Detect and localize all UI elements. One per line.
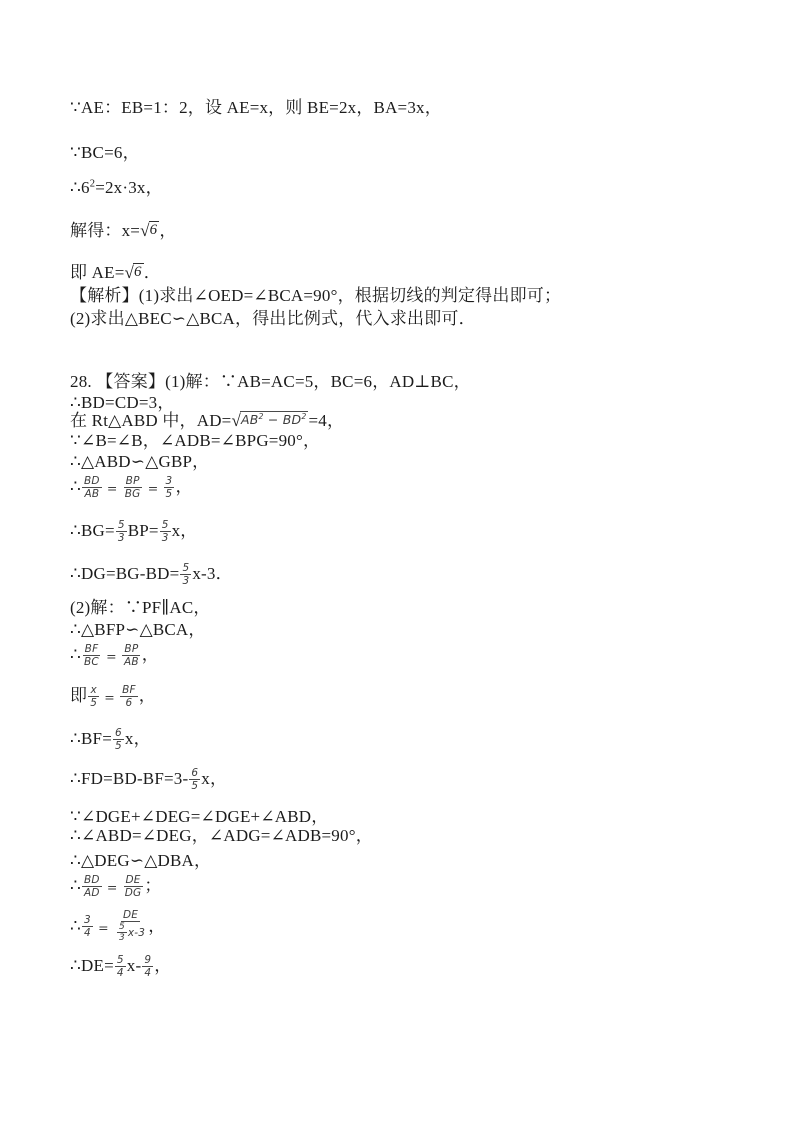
math-text-segment: = — [100, 690, 119, 705]
fraction-numerator: BF — [83, 643, 101, 656]
text-segment: ∴BF= — [70, 729, 112, 748]
line-fd: ∴FD=BD-BF=3-65x， — [70, 767, 227, 793]
fraction: 34 — [82, 914, 93, 939]
line-given-ratio: ∵AE：EB=1：2，设 AE=x，则 BE=2x，BA=3x， — [70, 96, 442, 119]
line-bc-6: ∵BC=6， — [70, 141, 140, 164]
fraction: 53 — [160, 519, 171, 544]
line-28-answer: 28. 【答案】(1)解：∵AB=AC=5，BC=6，AD⊥BC， — [70, 370, 471, 393]
text-segment: 即 — [70, 686, 87, 705]
fraction-denominator: AD — [82, 887, 102, 899]
math-text-segment: BD — [283, 412, 302, 427]
fraction: BDAD — [82, 874, 102, 899]
fraction-numerator: BP — [122, 643, 140, 656]
fraction-denominator: 4 — [115, 967, 126, 979]
fraction-numerator: 9 — [142, 954, 153, 967]
fraction: 35 — [164, 475, 175, 500]
text-segment: ∴△DEG∽△DBA， — [70, 851, 211, 870]
fraction-denominator: 3 — [117, 933, 127, 943]
square-root: √AB2 − BD2 — [231, 411, 308, 431]
fraction: 53 — [180, 562, 191, 587]
text-segment: ； — [144, 876, 161, 895]
text-segment: ， — [148, 916, 165, 935]
fraction-denominator: 4 — [142, 967, 153, 979]
text-segment: ∴DG=BG-BD= — [70, 564, 179, 583]
line-ratio-bf-bc: ∴BFBC = BPAB， — [70, 643, 159, 669]
text-segment: =2x·3x， — [95, 178, 163, 197]
fraction: DEDG — [123, 874, 144, 899]
math-text-segment: AB — [241, 412, 259, 427]
fraction-numerator: BP — [124, 475, 142, 488]
line-ji-x5: 即x5 = BF6， — [70, 684, 156, 710]
fraction-denominator: 4 — [82, 927, 93, 939]
text-segment: ∵AE：EB=1：2，设 AE=x，则 BE=2x，BA=3x， — [70, 98, 442, 117]
fraction-numerator: BF — [120, 684, 138, 697]
line-sim-abd-gbp: ∴△ABD∽△GBP， — [70, 450, 209, 473]
text-segment: ∴△ABD∽△GBP， — [70, 452, 209, 471]
line-solve-x: 解得：x=√6， — [70, 219, 177, 242]
line-angle-abd-deg: ∴∠ABD=∠DEG，∠ADG=∠ADB=90°， — [70, 824, 373, 847]
text-segment: (2)解：∵PF∥AC， — [70, 598, 211, 617]
fraction: 54 — [115, 954, 126, 979]
fraction-denominator: 5 — [189, 780, 200, 792]
text-segment: x- — [127, 956, 142, 975]
line-sim-bfp-bca: ∴△BFP∽△BCA， — [70, 618, 206, 641]
text-segment: ， — [159, 221, 176, 240]
fraction-denominator: AB — [82, 488, 101, 500]
text-segment: 在 Rt△ABD 中，AD= — [70, 411, 231, 430]
fraction-numerator: 6 — [113, 727, 124, 740]
text-segment: ∴ — [70, 477, 81, 496]
math-text-segment: − — [264, 412, 283, 427]
fraction: 65 — [113, 727, 124, 752]
text-segment: x， — [125, 729, 151, 748]
text-segment: ∴∠ABD=∠DEG，∠ADG=∠ADB=90°， — [70, 826, 373, 845]
radicand: 6 — [149, 221, 160, 240]
fraction-numerator: 5 — [180, 562, 191, 575]
fraction: DE53x-3 — [114, 909, 147, 944]
fraction-numerator: 6 — [189, 767, 200, 780]
fraction-denominator: AB — [122, 656, 141, 668]
fraction-numerator: BD — [82, 475, 102, 488]
text-segment: 28. 【答案】(1)解：∵AB=AC=5，BC=6，AD⊥BC， — [70, 372, 471, 391]
text-segment: ∴FD=BD-BF=3- — [70, 769, 188, 788]
fraction-numerator: DE — [124, 874, 143, 887]
text-segment: ∴DE= — [70, 956, 114, 975]
fraction: 65 — [189, 767, 200, 792]
fraction-denominator: 3 — [180, 575, 191, 587]
math-text-segment: = — [102, 649, 121, 664]
fraction: 94 — [142, 954, 153, 979]
text-segment: BP= — [128, 521, 159, 540]
fraction: BPBG — [123, 475, 143, 500]
text-segment: ∵∠B=∠B，∠ADB=∠BPG=90°， — [70, 431, 320, 450]
text-segment: ， — [142, 645, 159, 664]
line-de-result: ∴DE=54x-94， — [70, 954, 171, 980]
fraction-numerator: 5 — [115, 954, 126, 967]
fraction: BDAB — [82, 475, 102, 500]
line-jiexi-1: 【解析】(1)求出∠OED=∠BCA=90°，根据切线的判定得出即可； — [70, 284, 561, 307]
fraction-numerator: 5 — [116, 519, 127, 532]
line-bf: ∴BF=65x， — [70, 727, 151, 753]
math-text-segment: = — [103, 880, 122, 895]
text-segment: ∴ — [70, 876, 81, 895]
fraction-denominator: 5 — [113, 740, 124, 752]
fraction-denominator: 5 — [164, 488, 175, 500]
text-segment: 【解析】(1)求出∠OED=∠BCA=90°，根据切线的判定得出即可； — [70, 286, 561, 305]
radicand: 6 — [133, 263, 144, 282]
fraction-numerator: 3 — [164, 475, 175, 488]
fraction-numerator: 5 — [117, 922, 127, 933]
math-text-segment: = — [103, 481, 122, 496]
superscript-segment: 2 — [301, 412, 306, 421]
fraction-denominator: BC — [82, 656, 101, 668]
text-segment: ∴6 — [70, 178, 90, 197]
fraction-numerator: x — [88, 684, 98, 697]
line-angle-b: ∵∠B=∠B，∠ADB=∠BPG=90°， — [70, 429, 320, 452]
line-ratio-34-de: ∴34 = DE53x-3， — [70, 910, 165, 945]
fraction-denominator: BG — [123, 488, 143, 500]
text-segment: ∴ — [70, 645, 81, 664]
fraction: BPAB — [122, 643, 141, 668]
fraction-numerator: BD — [82, 874, 102, 887]
text-segment: ∴BG= — [70, 521, 115, 540]
fraction-numerator: 5 — [160, 519, 171, 532]
line-6-squared: ∴62=2x·3x， — [70, 176, 163, 199]
text-segment: x， — [201, 769, 227, 788]
math-text-segment: x-3 — [128, 927, 145, 939]
text-segment: ． — [144, 263, 161, 282]
math-text-segment: = — [94, 920, 113, 935]
text-segment: =4， — [308, 411, 344, 430]
radicand: AB2 − BD2 — [240, 411, 308, 427]
fraction-denominator: 53x-3 — [114, 922, 147, 944]
fraction: BF6 — [120, 684, 138, 709]
fraction: 53 — [117, 922, 127, 944]
text-segment: ， — [154, 956, 171, 975]
text-segment: ∴ — [70, 916, 81, 935]
fraction-denominator: 6 — [124, 697, 135, 709]
text-segment: (2)求出△BEC∽△BCA，得出比例式，代入求出即可． — [70, 309, 476, 328]
fraction-numerator: DE — [121, 909, 140, 922]
text-segment: ∴△BFP∽△BCA， — [70, 620, 206, 639]
fraction-denominator: 5 — [88, 697, 99, 709]
text-segment: x， — [172, 521, 198, 540]
fraction-denominator: 3 — [160, 532, 171, 544]
fraction: x5 — [88, 684, 99, 709]
text-segment: 即 AE= — [70, 263, 125, 282]
fraction: BFBC — [82, 643, 101, 668]
square-root: √6 — [140, 221, 159, 241]
line-ratio-bd-ad: ∴BDAD = DEDG； — [70, 874, 162, 900]
fraction-numerator: 3 — [82, 914, 93, 927]
line-bg: ∴BG=53BP=53x， — [70, 519, 198, 545]
line-ratio-bd-ab: ∴BDAB = BPBG = 35， — [70, 475, 193, 501]
fraction: 53 — [116, 519, 127, 544]
math-text-segment: = — [144, 481, 163, 496]
line-part2: (2)解：∵PF∥AC， — [70, 596, 211, 619]
line-jiexi-2: (2)求出△BEC∽△BCA，得出比例式，代入求出即可． — [70, 307, 476, 330]
text-segment: x-3． — [192, 564, 232, 583]
line-sim-deg-dba: ∴△DEG∽△DBA， — [70, 849, 211, 872]
line-dg: ∴DG=BG-BD=53x-3． — [70, 562, 233, 588]
fraction-denominator: DG — [123, 887, 144, 899]
document-page: ∵AE：EB=1：2，设 AE=x，则 BE=2x，BA=3x，∵BC=6，∴6… — [0, 0, 793, 1122]
fraction-denominator: 3 — [116, 532, 127, 544]
text-segment: ， — [175, 477, 192, 496]
text-segment: 解得：x= — [70, 221, 140, 240]
square-root: √6 — [125, 263, 144, 283]
line-ae-result: 即 AE=√6． — [70, 261, 161, 284]
text-segment: ， — [139, 686, 156, 705]
text-segment: ∵BC=6， — [70, 143, 140, 162]
